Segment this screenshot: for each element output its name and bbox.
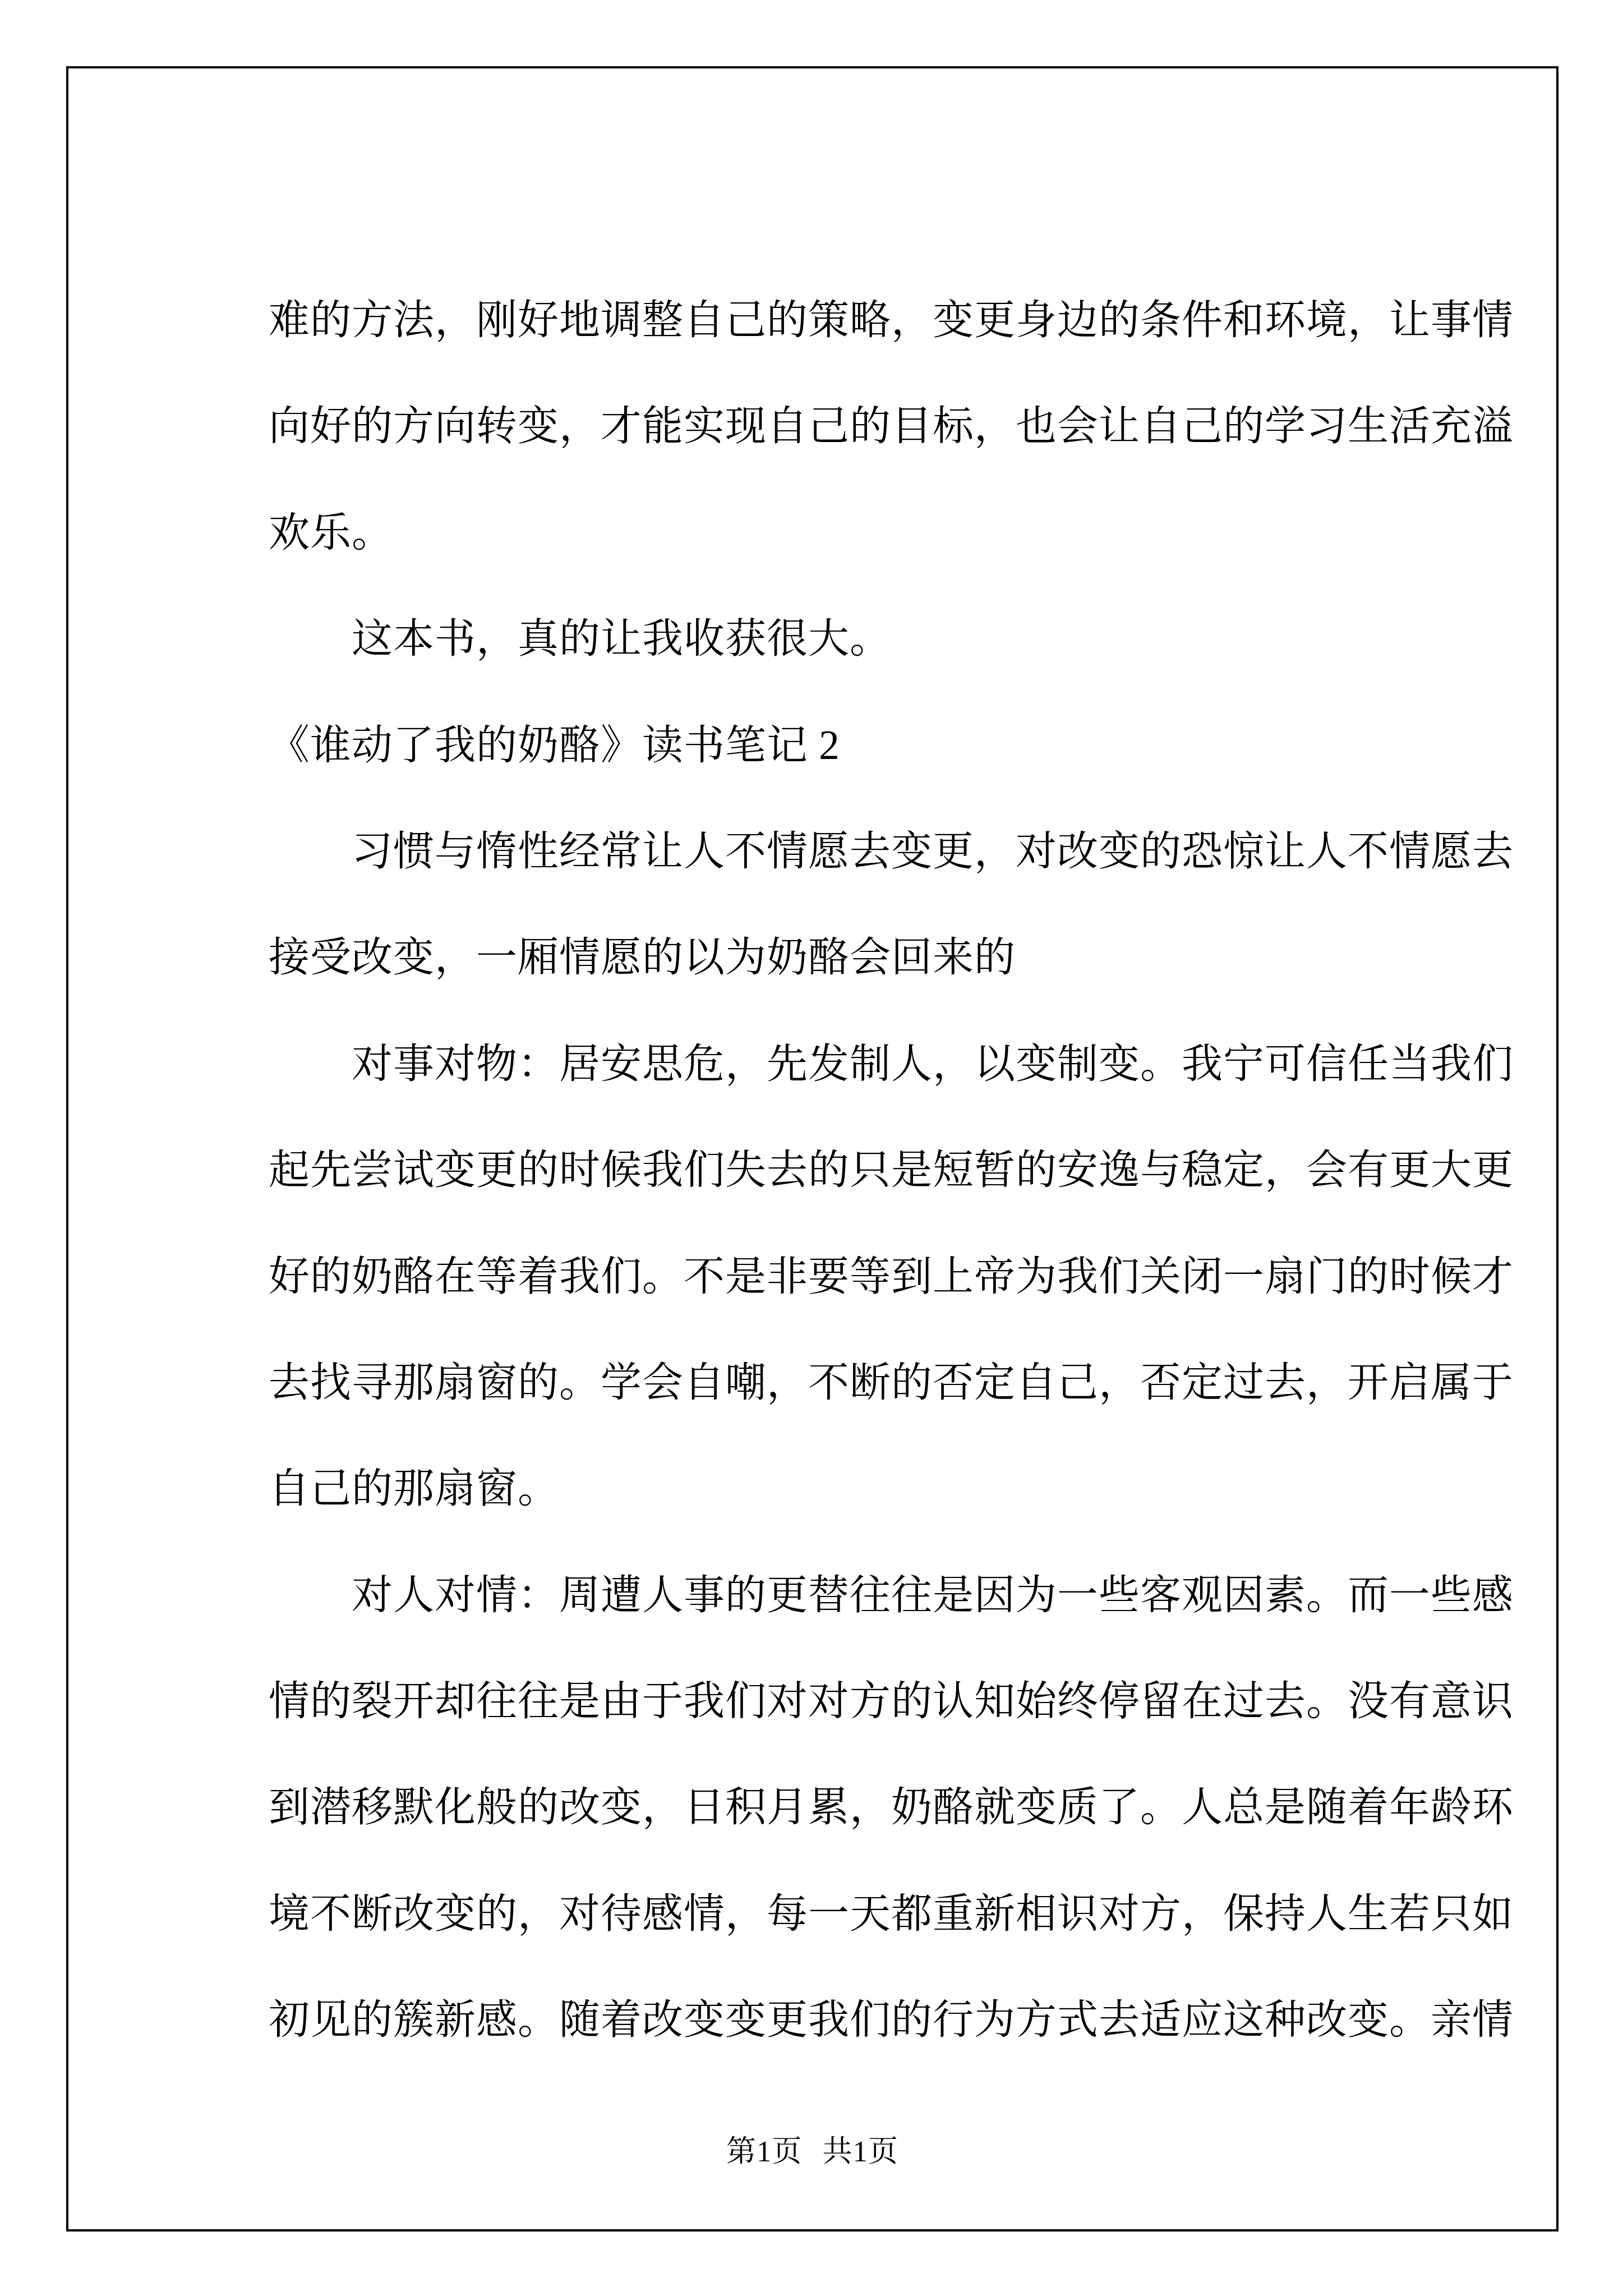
text-line: 自己的那扇窗。 [269,1435,1519,1542]
text-line: 对人对情：周遭人事的更替往往是因为一些客观因素。而一些感 [269,1542,1519,1648]
text-line: 到潜移默化般的改变，日积月累，奶酪就变质了。人总是随着年龄环 [269,1754,1519,1860]
text-line: 向好的方向转变，才能实现自己的目标，也会让自己的学习生活充溢 [269,373,1519,479]
text-line: 好的奶酪在等着我们。不是非要等到上帝为我们关闭一扇门的时候才 [269,1223,1519,1329]
page-number-label: 第1页 [726,2136,803,2168]
page-border: 难的方法，刚好地调整自己的策略，变更身边的条件和环境，让事情 向好的方向转变，才… [66,66,1559,2231]
text-line: 接受改变，一厢情愿的以为奶酪会回来的 [269,904,1519,1010]
text-line: 情的裂开却往往是由于我们对对方的认知始终停留在过去。没有意识 [269,1648,1519,1754]
text-line: 境不断改变的，对待感情，每一天都重新相识对方，保持人生若只如 [269,1861,1519,1967]
document-body: 难的方法，刚好地调整自己的策略，变更身边的条件和环境，让事情 向好的方向转变，才… [269,267,1519,2073]
text-line: 这本书，真的让我收获很大。 [269,586,1519,692]
text-line: 欢乐。 [269,480,1519,586]
text-line: 起先尝试变更的时候我们失去的只是短暂的安逸与稳定，会有更大更 [269,1117,1519,1223]
text-line: 初见的簇新感。随着改变变更我们的行为方式去适应这种改变。亲情 [269,1967,1519,2073]
text-line: 去找寻那扇窗的。学会自嘲，不断的否定自己，否定过去，开启属于 [269,1329,1519,1435]
page-footer: 第1页共1页 [66,2132,1559,2171]
text-line: 习惯与惰性经常让人不情愿去变更，对改变的恐惊让人不情愿去 [269,798,1519,904]
text-line: 难的方法，刚好地调整自己的策略，变更身边的条件和环境，让事情 [269,267,1519,373]
section-heading: 《谁动了我的奶酪》读书笔记 2 [269,692,1519,798]
text-line: 对事对物：居安思危，先发制人，以变制变。我宁可信任当我们 [269,1011,1519,1117]
page-count-label: 共1页 [823,2136,899,2168]
